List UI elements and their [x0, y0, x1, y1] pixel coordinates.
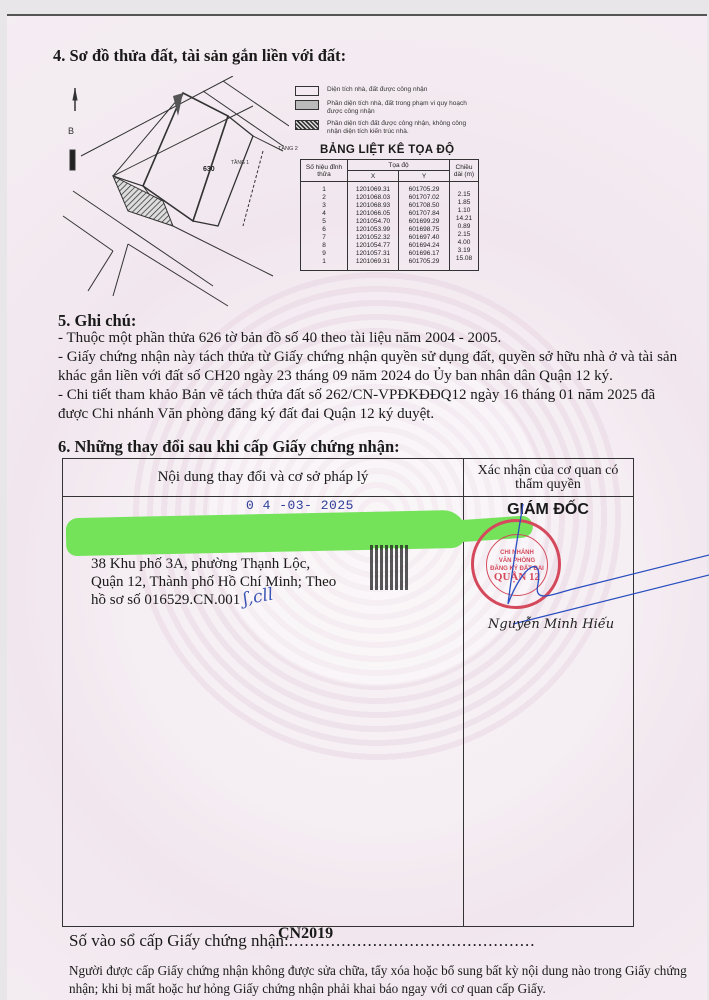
certificate-page: 4. Sơ đồ thửa đất, tài sản gắn liền với …: [7, 14, 707, 1000]
notes: - Thuộc một phần thửa 626 tờ bản đồ số 4…: [58, 329, 683, 424]
legend-swatch-plain: [295, 86, 319, 96]
coord-row: 81201054.77601694.243.19: [301, 242, 479, 250]
legend-swatch-hatch: [295, 120, 319, 130]
signature: [483, 504, 709, 634]
coord-row: 41201066.05601707.8414.21: [301, 210, 479, 218]
certificate-number-label: Số vào sổ cấp Giấy chứng nhận:: [69, 931, 289, 950]
header-coords: Tọa độ: [348, 160, 450, 171]
header-content: Nội dung thay đổi và cơ sở pháp lý: [63, 459, 463, 496]
note-item: - Chi tiết tham khảo Bản vẽ tách thửa đấ…: [58, 386, 683, 424]
qr-code: [370, 545, 408, 590]
header-length: Chiều dài (m): [450, 160, 479, 182]
svg-text:630: 630: [203, 166, 215, 173]
legend-item: Phần diện tích đất được công nhận, không…: [295, 120, 470, 136]
signer-name: Nguyễn Minh Hiếu: [488, 617, 614, 632]
parcel-map: B 630 TẦNG 1: [53, 76, 289, 311]
coord-row: 11201069.31601705.29: [301, 258, 479, 271]
legend-swatch-grey: [295, 100, 319, 110]
floor-2-label: TẦNG 2: [278, 146, 298, 152]
coord-row: 51201054.70601699.290.89: [301, 218, 479, 226]
section-4-title: 4. Sơ đồ thửa đất, tài sản gắn liền với …: [53, 46, 346, 66]
coord-row: 31201068.93601708.501.10: [301, 202, 479, 210]
certificate-number-line: Số vào sổ cấp Giấy chứng nhận:..........…: [69, 931, 536, 951]
section-5-title: 5. Ghi chú:: [58, 311, 136, 331]
coord-table-title: BẢNG LIỆT KÊ TỌA ĐỘ: [320, 144, 454, 156]
footer-notice: Người được cấp Giấy chứng nhận không đượ…: [69, 962, 689, 998]
header-y: Y: [399, 171, 450, 182]
coordinate-table: Số hiệu đỉnh thửa Tọa độ Chiều dài (m) X…: [300, 159, 479, 271]
map-legend: Diện tích nhà, đất được công nhận Phần d…: [295, 86, 470, 140]
coord-row: 71201052.32601697.404.00: [301, 234, 479, 242]
header-point: Số hiệu đỉnh thửa: [301, 160, 348, 182]
note-item: - Thuộc một phần thửa 626 tờ bản đồ số 4…: [58, 329, 683, 348]
certificate-number: CN2019: [278, 925, 333, 943]
legend-item: Phần diện tích nhà, đất trong phạm vi qu…: [295, 100, 470, 116]
header-confirmation: Xác nhận của cơ quan có thẩm quyền: [463, 459, 633, 496]
note-item: - Giấy chứng nhận này tách thửa từ Giấy …: [58, 348, 683, 386]
svg-text:B: B: [68, 126, 74, 136]
changes-table: Nội dung thay đổi và cơ sở pháp lý Xác n…: [62, 458, 634, 927]
change-entry-text: 38 Khu phố 3A, phường Thạnh Lộc, Quận 12…: [91, 555, 373, 609]
coord-row: 21201068.03601707.021.85: [301, 194, 479, 202]
changes-header: Nội dung thay đổi và cơ sở pháp lý Xác n…: [63, 459, 633, 497]
svg-text:TẦNG 1: TẦNG 1: [231, 159, 249, 166]
header-x: X: [348, 171, 399, 182]
legend-item: Diện tích nhà, đất được công nhận: [295, 86, 470, 96]
coord-row: 91201057.31601696.1715.08: [301, 250, 479, 258]
date-stamp: 0 4 -03- 2025: [246, 498, 354, 513]
coord-row: 61201053.99601698.752.15: [301, 226, 479, 234]
section-6-title: 6. Những thay đổi sau khi cấp Giấy chứng…: [58, 437, 400, 457]
coord-row: 11201069.31601705.292.15: [301, 182, 479, 195]
